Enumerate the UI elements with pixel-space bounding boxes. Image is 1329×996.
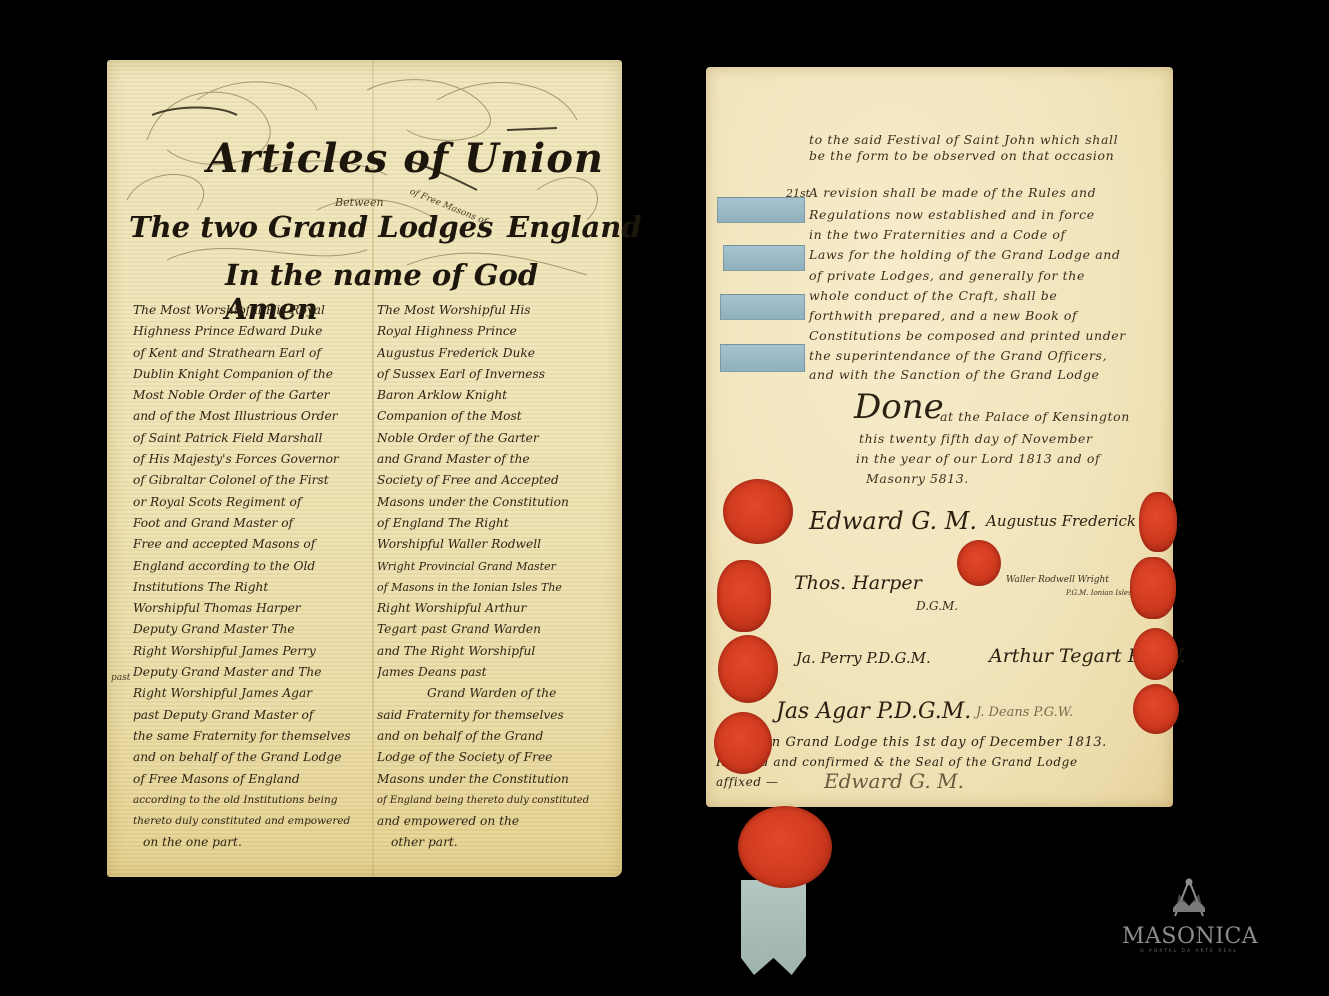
text-line: according to the old Institutions being: [133, 790, 373, 811]
text-line: Lodge of the Society of Free: [377, 747, 612, 768]
text-line: of England being thereto duly constitute…: [377, 790, 612, 811]
title-articles-of-union: Articles of Union: [207, 135, 604, 182]
wax-seal: [1133, 684, 1179, 734]
text-line: Most Noble Order of the Garter: [133, 385, 373, 406]
article-line: Regulations now established and in force: [809, 207, 1095, 222]
text-line: Free and accepted Masons of: [133, 534, 373, 555]
text-line: Masons under the Constitution: [377, 769, 612, 790]
text-line: of Gibraltar Colonel of the First: [133, 470, 373, 491]
title-between: Between: [335, 196, 384, 209]
logo-tagline: O PORTAL DA ARTE REAL: [1122, 949, 1256, 954]
signature-wright-title: P.G.M. Ionian Isles: [1066, 589, 1132, 597]
text-line: of Saint Patrick Field Marshall: [133, 428, 373, 449]
text-line: and of the Most Illustrious Order: [133, 406, 373, 427]
text-line: Wright Provincial Grand Master: [377, 556, 612, 577]
blue-ribbon-tab: [717, 197, 805, 223]
text-line: Worshipful Thomas Harper: [133, 598, 373, 619]
text-line: Noble Order of the Garter: [377, 428, 612, 449]
continuation-line: be the form to be observed on that occas…: [809, 148, 1114, 163]
text-line: James Deans past: [377, 662, 612, 683]
done-line: Masonry 5813.: [866, 471, 969, 486]
wax-seal: [723, 479, 793, 544]
articles-of-union-signature-page: to the said Festival of Saint John which…: [706, 67, 1173, 807]
masonica-watermark: MASONICA O PORTAL DA ARTE REAL: [1122, 878, 1256, 954]
article-line: the superintendance of the Grand Officer…: [809, 348, 1107, 363]
signature-harper: Thos. Harper: [794, 572, 922, 594]
text-line: Deputy Grand Master The: [133, 619, 373, 640]
margin-note: past: [111, 673, 130, 683]
wax-seal: [714, 712, 772, 774]
text-line: and on behalf of the Grand Lodge: [133, 747, 373, 768]
done-line: in the year of our Lord 1813 and of: [856, 451, 1100, 466]
hanging-ribbon: [741, 880, 806, 975]
text-line: Foot and Grand Master of: [133, 513, 373, 534]
signature-agar: Jas Agar P.D.G.M.: [776, 699, 971, 724]
signature-edward: Edward G. M.: [809, 507, 977, 535]
text-line: other part.: [377, 832, 612, 853]
signature-wright: Waller Rodwell Wright: [1006, 575, 1109, 585]
wax-seal: [1130, 557, 1176, 619]
title-england: England: [507, 210, 642, 244]
text-line: Masons under the Constitution: [377, 492, 612, 513]
done-word: Done: [854, 387, 944, 427]
ratification-line: In Grand Lodge this 1st day of December …: [766, 735, 1107, 750]
article-line: in the two Fraternities and a Code of: [809, 227, 1066, 242]
title-two-grand-lodges: The two Grand Lodges: [129, 210, 493, 244]
text-line: of Masons in the Ionian Isles The: [377, 577, 612, 598]
continuation-line: to the said Festival of Saint John which…: [809, 132, 1118, 147]
done-line: at the Palace of Kensington: [940, 409, 1130, 424]
text-line: Companion of the Most: [377, 406, 612, 427]
ratification-signature: Edward G. M.: [824, 769, 964, 793]
text-line: of Free Masons of England: [133, 769, 373, 790]
text-line: or Royal Scots Regiment of: [133, 492, 373, 513]
text-line: Grand Warden of the: [377, 683, 612, 704]
square-compass-book-icon: [1167, 878, 1211, 918]
text-line: Society of Free and Accepted: [377, 470, 612, 491]
text-line: of Sussex Earl of Inverness: [377, 364, 612, 385]
text-line: and empowered on the: [377, 811, 612, 832]
article-line: Laws for the holding of the Grand Lodge …: [809, 247, 1121, 262]
article-line: A revision shall be made of the Rules an…: [809, 185, 1096, 200]
article-line: forthwith prepared, and a new Book of: [809, 308, 1077, 323]
article-line: Constitutions be composed and printed un…: [809, 328, 1126, 343]
text-line: said Fraternity for themselves: [377, 705, 612, 726]
ratification-line: affixed —: [716, 775, 779, 789]
text-line: The Most Worshipful His: [377, 300, 612, 321]
logo-name: MASONICA: [1122, 924, 1256, 949]
blue-ribbon-tab: [723, 245, 805, 271]
text-line: Right Worshipful Arthur: [377, 598, 612, 619]
text-line: Deputy Grand Master and The: [133, 662, 373, 683]
ratification-line: Ratified and confirmed & the Seal of the…: [716, 755, 1078, 769]
text-line: the same Fraternity for themselves: [133, 726, 373, 747]
text-line: Augustus Frederick Duke: [377, 343, 612, 364]
text-line: on the one part.: [133, 832, 373, 853]
blue-ribbon-tab: [720, 344, 805, 372]
articles-of-union-left-page: Articles of Union Between The two Grand …: [107, 60, 622, 877]
signature-deans: J. Deans P.G.W.: [976, 705, 1073, 720]
text-line: and on behalf of the Grand: [377, 726, 612, 747]
text-line: and Grand Master of the: [377, 449, 612, 470]
text-line: Dublin Knight Companion of the: [133, 364, 373, 385]
text-line: of His Majesty's Forces Governor: [133, 449, 373, 470]
text-line: and The Right Worshipful: [377, 641, 612, 662]
text-line: The Most Worshipful His Royal: [133, 300, 373, 321]
text-line: Royal Highness Prince: [377, 321, 612, 342]
grand-lodge-seal: [738, 806, 832, 888]
article-line: whole conduct of the Craft, shall be: [809, 288, 1057, 303]
left-column-text: The Most Worshipful His Royal Highness P…: [133, 300, 373, 854]
document-title-block: Articles of Union Between The two Grand …: [107, 90, 622, 310]
wax-seal: [718, 635, 778, 703]
text-line: Right Worshipful James Agar: [133, 683, 373, 704]
signature-perry: Ja. Perry P.D.G.M.: [796, 649, 931, 667]
wax-seal: [957, 540, 1001, 586]
wax-seal: [1133, 628, 1178, 680]
wax-seal: [717, 560, 771, 632]
text-line: of Kent and Strathearn Earl of: [133, 343, 373, 364]
done-line: this twenty fifth day of November: [859, 431, 1093, 446]
text-line: thereto duly constituted and empowered: [133, 811, 373, 832]
text-line: Tegart past Grand Warden: [377, 619, 612, 640]
text-line: Worshipful Waller Rodwell: [377, 534, 612, 555]
right-column-text: The Most Worshipful His Royal Highness P…: [377, 300, 612, 854]
wax-seal: [1139, 492, 1177, 552]
text-line: past Deputy Grand Master of: [133, 705, 373, 726]
article-line: of private Lodges, and generally for the: [809, 268, 1085, 283]
blue-ribbon-tab: [720, 294, 805, 320]
signature-harper-title: D.G.M.: [916, 599, 958, 613]
text-line: Right Worshipful James Perry: [133, 641, 373, 662]
text-line: England according to the Old: [133, 556, 373, 577]
article-line: and with the Sanction of the Grand Lodge: [809, 367, 1100, 382]
text-line: Baron Arklow Knight: [377, 385, 612, 406]
text-line: of England The Right: [377, 513, 612, 534]
text-line: Institutions The Right: [133, 577, 373, 598]
text-line: Highness Prince Edward Duke: [133, 321, 373, 342]
